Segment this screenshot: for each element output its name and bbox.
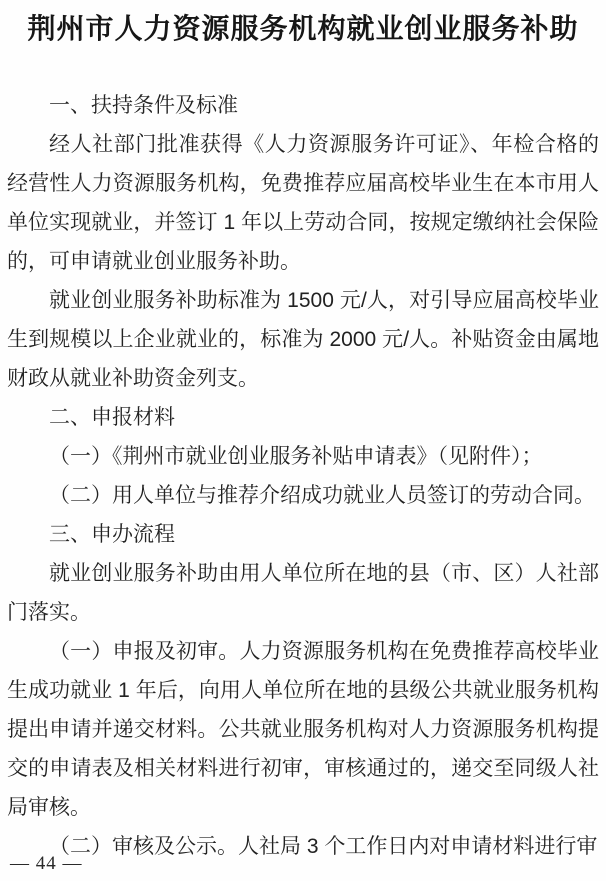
section-2-heading: 二、申报材料 <box>7 398 599 437</box>
section-1-heading: 一、扶持条件及标准 <box>7 86 599 125</box>
section-2-item-1: （一）《荆州市就业创业服务补贴申请表》（见附件）； <box>7 437 599 476</box>
section-2-item-2: （二）用人单位与推荐介绍成功就业人员签订的劳动合同。 <box>7 476 599 515</box>
section-1-paragraph-2: 就业创业服务补助标准为 1500 元/人，对引导应届高校毕业生到规模以上企业就业… <box>7 281 599 398</box>
section-3-heading: 三、申办流程 <box>7 515 599 554</box>
section-3-step-2: （二）审核及公示。人社局 3 个工作日内对申请材料进行审 <box>7 827 599 866</box>
page-number: — 44 — <box>10 853 83 875</box>
step-2-text: 人社局 3 个工作日内对申请材料进行审 <box>238 835 597 858</box>
document-title: 荆州市人力资源服务机构就业创业服务补助 <box>7 8 599 52</box>
section-3-step-1: （一）申报及初审。人力资源服务机构在免费推荐高校毕业生成功就业 1 年后，向用人… <box>7 632 599 827</box>
step-1-label: （一）申报及初审。 <box>49 639 239 663</box>
document-page: 荆州市人力资源服务机构就业创业服务补助 一、扶持条件及标准 经人社部门批准获得《… <box>0 0 606 881</box>
section-3-paragraph-1: 就业创业服务补助由用人单位所在地的县（市、区）人社部门落实。 <box>7 554 599 632</box>
document-body: 一、扶持条件及标准 经人社部门批准获得《人力资源服务许可证》、年检合格的经营性人… <box>7 86 599 866</box>
section-1-paragraph-1: 经人社部门批准获得《人力资源服务许可证》、年检合格的经营性人力资源服务机构，免费… <box>7 125 599 281</box>
step-1-text: 人力资源服务机构在免费推荐高校毕业生成功就业 1 年后，向用人单位所在地的县级公… <box>7 640 599 819</box>
